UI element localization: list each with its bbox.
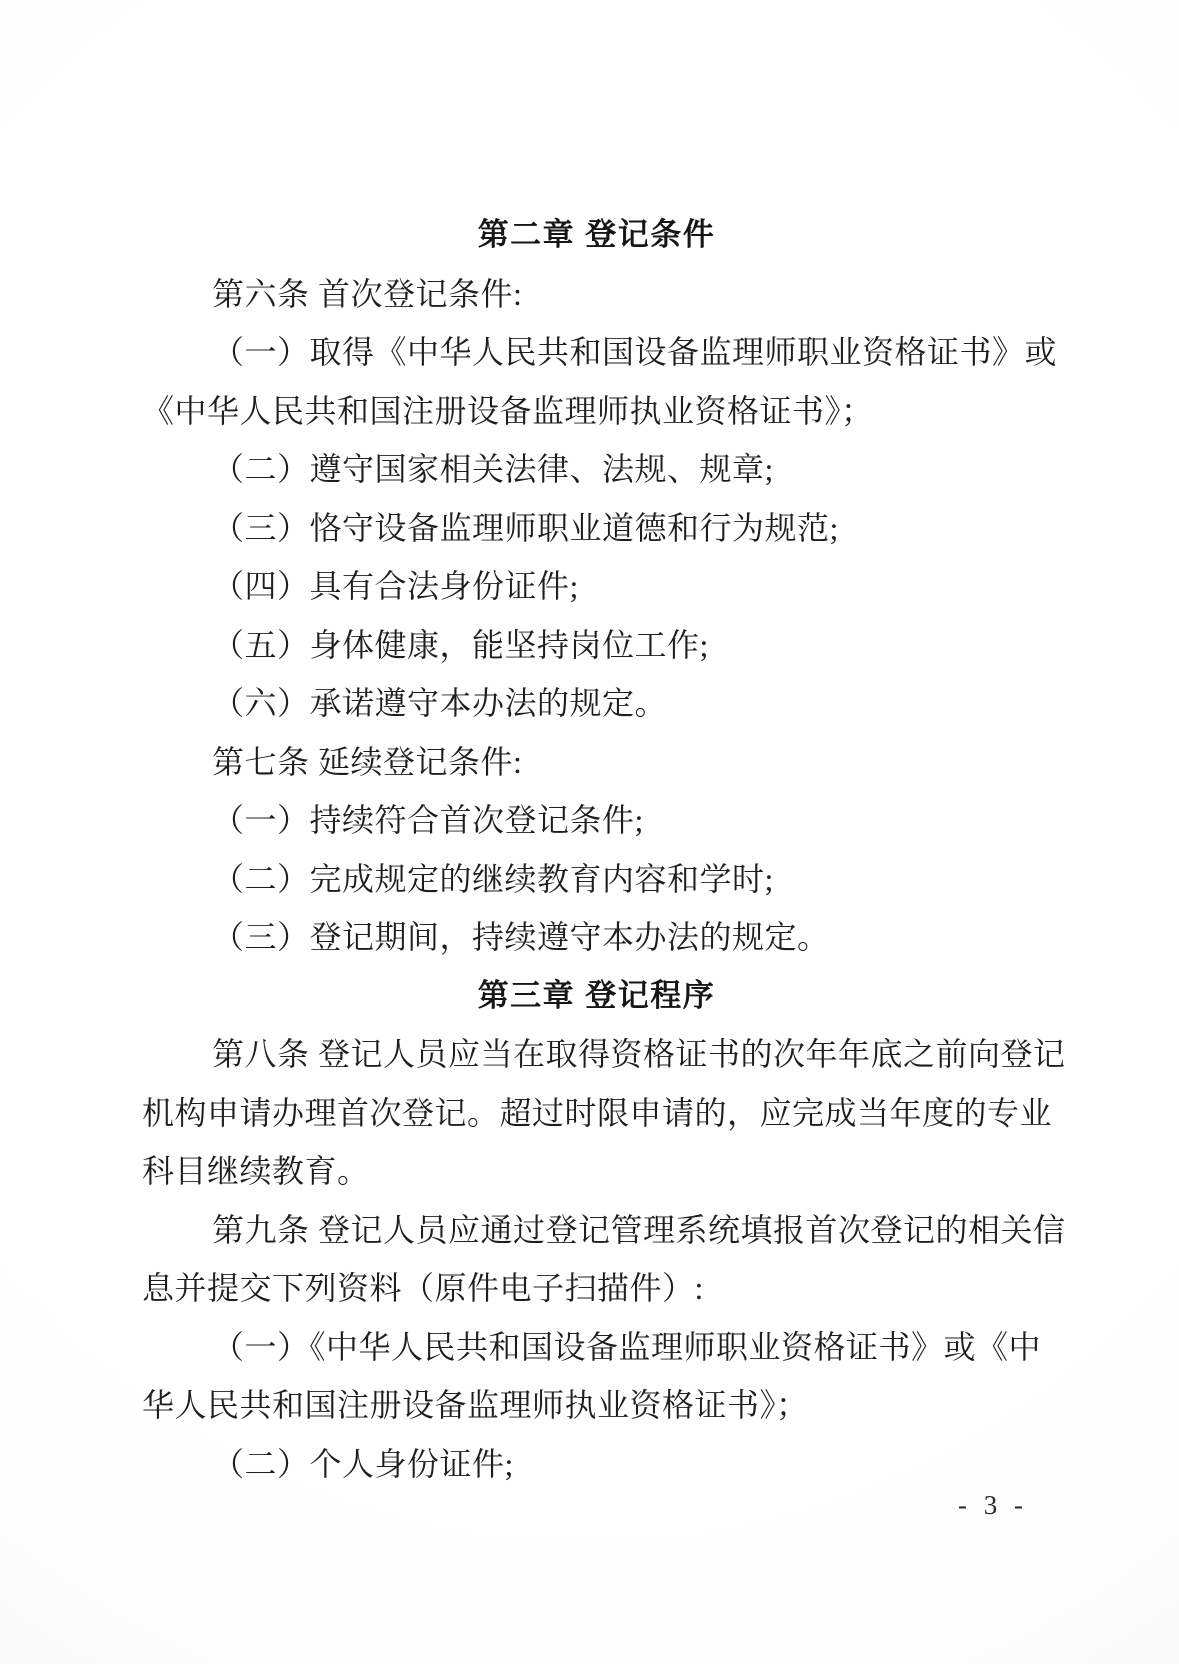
article-6-item-2: （二）遵守国家相关法律、法规、规章; (142, 440, 1051, 499)
article-7-item-3: （三）登记期间，持续遵守本办法的规定。 (142, 908, 1051, 967)
article-9-item-2: （二）个人身份证件; (142, 1435, 1051, 1494)
article-6-lead: 第六条 首次登记条件: (142, 265, 1051, 324)
chapter-2-heading: 第二章 登记条件 (142, 206, 1051, 265)
chapter-3-heading: 第三章 登记程序 (142, 967, 1051, 1026)
article-9-item-1-line-2: 华人民共和国注册设备监理师执业资格证书》； (142, 1376, 1051, 1435)
article-6-item-5: （五）身体健康，能坚持岗位工作; (142, 616, 1051, 675)
article-6-item-1-line-1: （一）取得《中华人民共和国设备监理师职业资格证书》或 (142, 323, 1051, 382)
article-8-line-1: 第八条 登记人员应当在取得资格证书的次年年底之前向登记 (142, 1025, 1051, 1084)
article-9-item-1-line-1: （一）《中华人民共和国设备监理师职业资格证书》或《中 (142, 1318, 1051, 1377)
article-7-item-2: （二）完成规定的继续教育内容和学时; (142, 850, 1051, 909)
page-number: - 3 - (958, 1490, 1028, 1521)
article-7-item-1: （一）持续符合首次登记条件; (142, 791, 1051, 850)
article-6-item-4: （四）具有合法身份证件; (142, 557, 1051, 616)
document-body: 第二章 登记条件 第六条 首次登记条件: （一）取得《中华人民共和国设备监理师职… (142, 206, 1051, 1493)
article-8-line-3: 科目继续教育。 (142, 1142, 1051, 1201)
article-6-item-3: （三）恪守设备监理师职业道德和行为规范; (142, 499, 1051, 558)
article-9-line-1: 第九条 登记人员应通过登记管理系统填报首次登记的相关信 (142, 1201, 1051, 1260)
article-8-line-2: 机构申请办理首次登记。超过时限申请的，应完成当年度的专业 (142, 1084, 1051, 1143)
article-9-line-2: 息并提交下列资料（原件电子扫描件）: (142, 1259, 1051, 1318)
article-7-lead: 第七条 延续登记条件: (142, 733, 1051, 792)
article-6-item-6: （六）承诺遵守本办法的规定。 (142, 674, 1051, 733)
article-6-item-1-line-2: 《中华人民共和国注册设备监理师执业资格证书》； (142, 382, 1051, 441)
